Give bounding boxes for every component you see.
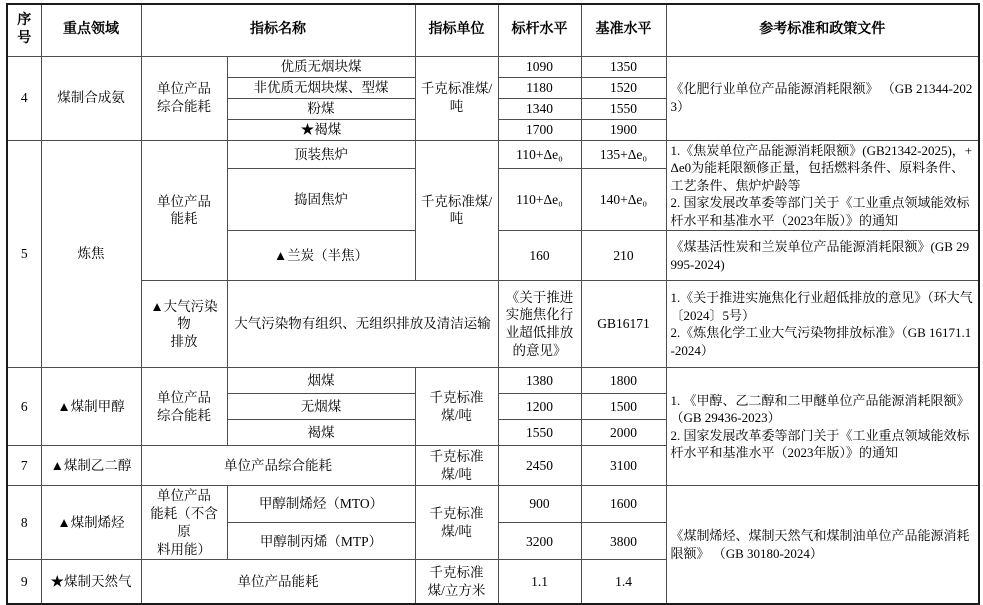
row7-indicator: 单位产品综合能耗 xyxy=(141,446,415,486)
row5-indicator-emission: ▲大气污染物 排放 xyxy=(141,281,227,368)
row5-benchmark2: 110+Δe₀ xyxy=(498,169,581,231)
row4-benchmark2: 1180 xyxy=(498,77,581,98)
row9-serial: 9 xyxy=(7,560,41,583)
row5-sub1: 5 炼焦 单位产品 能耗 顶装焦炉 千克标准煤/吨 110+Δe₀ 135+Δe… xyxy=(7,140,979,169)
row4-fuel1: 优质无烟块煤 xyxy=(227,56,415,77)
energy-standards-table: 序 号 重点领域 指标名称 指标单位 标杆水平 基准水平 参考标准和政策文件 4… xyxy=(6,3,980,583)
row5-unit: 千克标准煤/吨 xyxy=(415,140,498,281)
row7-benchmark: 2450 xyxy=(498,446,581,486)
row4-unit: 千克标准煤/吨 xyxy=(415,56,498,140)
row5-baseline1: 135+Δe₀ xyxy=(581,140,666,169)
row5-indicator-energy: 单位产品 能耗 xyxy=(141,140,227,281)
row8-unit: 千克标准 煤/吨 xyxy=(415,486,498,560)
row7-baseline: 3100 xyxy=(581,446,666,486)
header-key-field: 重点领域 xyxy=(41,4,141,56)
row8-serial: 8 xyxy=(7,486,41,560)
row9-unit: 千克标准 煤/立方米 xyxy=(415,560,498,583)
row5-emission-row: ▲大气污染物 排放 大气污染物有组织、无组织排放及清洁运输 《关于推进实施焦化行… xyxy=(7,281,979,368)
header-benchmark-level: 标杆水平 xyxy=(498,4,581,56)
row4-baseline3: 1550 xyxy=(581,98,666,119)
row4-fuel4: ★褐煤 xyxy=(227,119,415,140)
row6-fuel2: 无烟煤 xyxy=(227,394,415,420)
row8-baseline1: 1600 xyxy=(581,486,666,523)
row9-benchmark: 1.1 xyxy=(498,560,581,583)
row9-field: ★煤制天然气 xyxy=(41,560,141,583)
header-reference: 参考标准和政策文件 xyxy=(666,4,979,56)
row4-field: 煤制合成氨 xyxy=(41,56,141,140)
row8-sub1: 8 ▲煤制烯烃 单位产品 能耗（不含原 料用能） 甲醇制烯烃（MTO） 千克标准… xyxy=(7,486,979,523)
row4-benchmark3: 1340 xyxy=(498,98,581,119)
row4-baseline2: 1520 xyxy=(581,77,666,98)
row5-baseline3: 210 xyxy=(581,231,666,281)
row5-oven1: 顶装焦炉 xyxy=(227,140,415,169)
row6-fuel3: 褐煤 xyxy=(227,420,415,446)
row6-benchmark3: 1550 xyxy=(498,420,581,446)
row8-process1: 甲醇制烯烃（MTO） xyxy=(227,486,415,523)
row5-benchmark3: 160 xyxy=(498,231,581,281)
row5-emission-name: 大气污染物有组织、无组织排放及清洁运输 xyxy=(227,281,498,368)
row5-oven2: 捣固焦炉 xyxy=(227,169,415,231)
row4-reference: 《化肥行业单位产品能源消耗限额》 （GB 21344-2023） xyxy=(666,56,979,140)
row8-process2: 甲醇制丙烯（MTP） xyxy=(227,523,415,560)
row6-sub1: 6 ▲煤制甲醇 单位产品 综合能耗 烟煤 千克标准 煤/吨 1380 1800 … xyxy=(7,368,979,394)
row6-baseline2: 1500 xyxy=(581,394,666,420)
row5-benchmark1: 110+Δe₀ xyxy=(498,140,581,169)
row5-emission-benchmark: 《关于推进实施焦化行业超低排放的意见》 xyxy=(498,281,581,368)
row5-reference-coke: 1.《焦炭单位产品能源消耗限额》(GB21342-2025)，+Δe0为能耗限额… xyxy=(666,140,979,231)
row8-benchmark2: 3200 xyxy=(498,523,581,560)
row6-indicator: 单位产品 综合能耗 xyxy=(141,368,227,446)
row6-unit: 千克标准 煤/吨 xyxy=(415,368,498,446)
row4-fuel2: 非优质无烟块煤、型煤 xyxy=(227,77,415,98)
rows8-9-reference: 《煤制烯烃、煤制天然气和煤制油单位产品能源消耗限额》 （GB 30180-202… xyxy=(666,486,979,583)
row9-indicator: 单位产品能耗 xyxy=(141,560,415,583)
row6-fuel1: 烟煤 xyxy=(227,368,415,394)
row5-baseline2: 140+Δe₀ xyxy=(581,169,666,231)
row4-baseline1: 1350 xyxy=(581,56,666,77)
row9-baseline: 1.4 xyxy=(581,560,666,583)
row7-field: ▲煤制乙二醇 xyxy=(41,446,141,486)
row7-serial: 7 xyxy=(7,446,41,486)
header-indicator-name: 指标名称 xyxy=(141,4,415,56)
row6-baseline3: 2000 xyxy=(581,420,666,446)
row6-serial: 6 xyxy=(7,368,41,446)
header-baseline-level: 基准水平 xyxy=(581,4,666,56)
row8-baseline2: 3800 xyxy=(581,523,666,560)
row6-field: ▲煤制甲醇 xyxy=(41,368,141,446)
header-serial-no: 序 号 xyxy=(7,4,41,56)
row6-benchmark1: 1380 xyxy=(498,368,581,394)
row4-serial: 4 xyxy=(7,56,41,140)
energy-standards-table-wrap: 序 号 重点领域 指标名称 指标单位 标杆水平 基准水平 参考标准和政策文件 4… xyxy=(6,3,980,583)
row4-indicator: 单位产品 综合能耗 xyxy=(141,56,227,140)
row4-benchmark1: 1090 xyxy=(498,56,581,77)
row8-benchmark1: 900 xyxy=(498,486,581,523)
row5-lantan: ▲兰炭（半焦） xyxy=(227,231,415,281)
row6-baseline1: 1800 xyxy=(581,368,666,394)
header-indicator-unit: 指标单位 xyxy=(415,4,498,56)
rows6-7-reference: 1. 《甲醇、乙二醇和二甲醚单位产品能源消耗限额》（GB 29436-2023）… xyxy=(666,368,979,486)
row7-unit: 千克标准 煤/吨 xyxy=(415,446,498,486)
row5-emission-baseline: GB16171 xyxy=(581,281,666,368)
row6-benchmark2: 1200 xyxy=(498,394,581,420)
row8-field: ▲煤制烯烃 xyxy=(41,486,141,560)
row4-sub1: 4 煤制合成氨 单位产品 综合能耗 优质无烟块煤 千克标准煤/吨 1090 13… xyxy=(7,56,979,77)
row4-baseline4: 1900 xyxy=(581,119,666,140)
row5-emission-reference: 1.《关于推进实施焦化行业超低排放的意见》（环大气〔2024〕5号） 2.《炼焦… xyxy=(666,281,979,368)
row4-fuel3: 粉煤 xyxy=(227,98,415,119)
header-row: 序 号 重点领域 指标名称 指标单位 标杆水平 基准水平 参考标准和政策文件 xyxy=(7,4,979,56)
row5-field: 炼焦 xyxy=(41,140,141,368)
row8-indicator: 单位产品 能耗（不含原 料用能） xyxy=(141,486,227,560)
row5-reference-lantan: 《煤基活性炭和兰炭单位产品能源消耗限额》(GB 29995-2024) xyxy=(666,231,979,281)
row4-benchmark4: 1700 xyxy=(498,119,581,140)
row5-serial: 5 xyxy=(7,140,41,368)
